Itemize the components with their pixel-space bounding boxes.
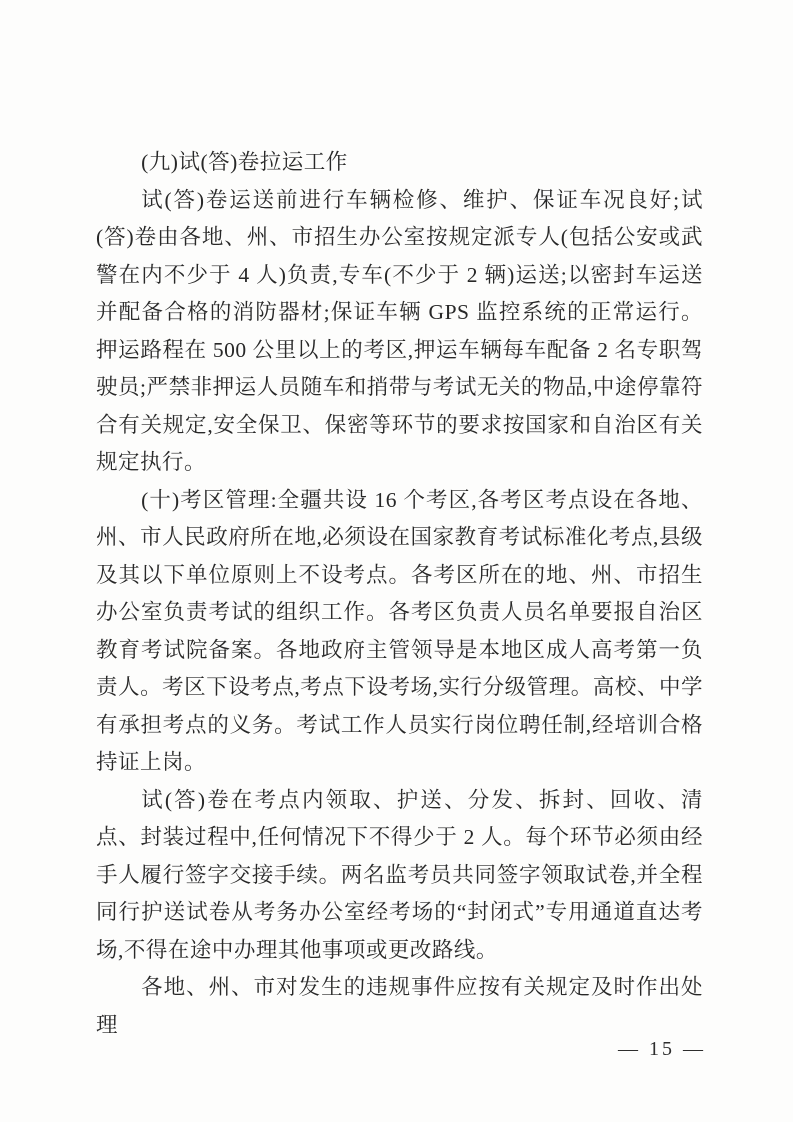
paragraph-paper-transport: 试(答)卷运送前进行车辆检修、维护、保证车况良好;试(答)卷由各地、州、市招生办… <box>96 182 703 482</box>
paragraph-paper-handling: 试(答)卷在考点内领取、护送、分发、拆封、回收、清点、封装过程中,任何情况下不得… <box>96 782 703 970</box>
paragraph-violation-handling: 各地、州、市对发生的违规事件应按有关规定及时作出处理 <box>96 969 703 1044</box>
paragraph-district-management: (十)考区管理:全疆共设 16 个考区,各考区考点设在各地、州、市人民政府所在地… <box>96 482 703 782</box>
section-heading-nine: (九)试(答)卷拉运工作 <box>96 144 703 182</box>
document-page: (九)试(答)卷拉运工作 试(答)卷运送前进行车辆检修、维护、保证车况良好;试(… <box>0 0 793 1122</box>
page-number: — 15 — <box>618 1038 703 1061</box>
document-body: (九)试(答)卷拉运工作 试(答)卷运送前进行车辆检修、维护、保证车况良好;试(… <box>96 144 703 1044</box>
